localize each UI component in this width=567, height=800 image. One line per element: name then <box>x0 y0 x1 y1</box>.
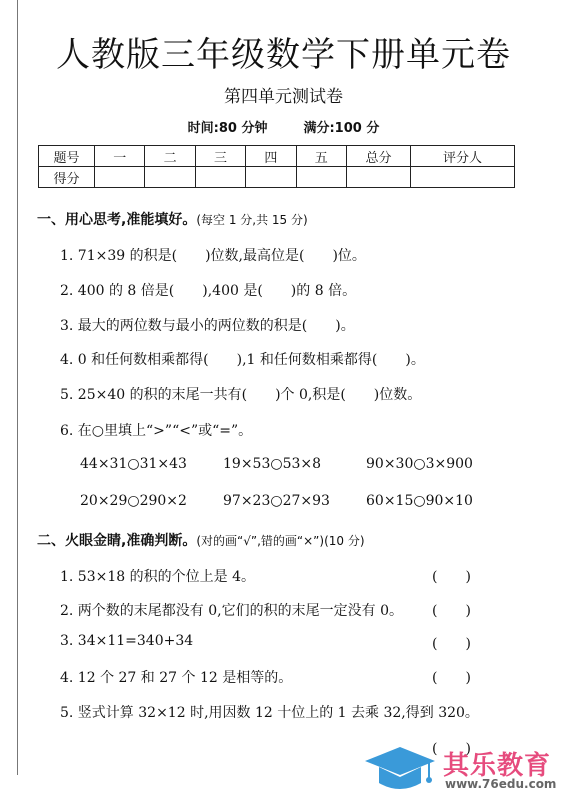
question: 2. 两个数的末尾都没有 0,它们的积的末尾一定没有 0。 <box>60 600 403 620</box>
question: 6. 在○里填上“>”“<”或“=”。 <box>60 420 252 440</box>
score-input[interactable] <box>246 167 296 188</box>
question: 3. 最大的两位数与最小的两位数的积是( )。 <box>60 315 355 335</box>
exam-full-score: 满分:100 分 <box>303 121 379 136</box>
cell: 二 <box>145 146 195 167</box>
question: 4. 0 和任何数相乘都得( ),1 和任何数相乘都得( )。 <box>60 349 425 369</box>
cell: 得分 <box>39 167 95 188</box>
score-table-header: 题号 一 二 三 四 五 总分 评分人 <box>39 146 515 167</box>
answer-blank[interactable]: ( ) <box>432 566 471 586</box>
compare-row: 44×31○31×4319×53○53×890×30○3×900 <box>80 456 509 472</box>
compare-row: 20×29○290×297×23○27×9360×15○90×10 <box>80 493 509 509</box>
page-subtitle: 第四单元测试卷 <box>0 82 567 107</box>
score-input[interactable] <box>347 167 411 188</box>
watermark-url: www.76edu.com <box>445 777 556 791</box>
cell: 四 <box>246 146 296 167</box>
cell: 评分人 <box>411 146 515 167</box>
cell: 总分 <box>347 146 411 167</box>
question: 5. 竖式计算 32×12 时,用因数 12 十位上的 1 去乘 32,得到 3… <box>60 702 479 722</box>
score-input[interactable] <box>95 167 145 188</box>
score-input[interactable] <box>296 167 346 188</box>
question: 1. 71×39 的积是( )位数,最高位是( )位。 <box>60 245 366 265</box>
answer-blank[interactable]: ( ) <box>432 667 471 687</box>
answer-blank[interactable]: ( ) <box>432 600 471 620</box>
question: 5. 25×40 的积的末尾一共有( )个 0,积是( )位数。 <box>60 384 421 404</box>
score-table-row: 得分 <box>39 167 515 188</box>
cell: 五 <box>296 146 346 167</box>
cell: 一 <box>95 146 145 167</box>
question: 1. 53×18 的积的个位上是 4。 <box>60 566 255 586</box>
page-title: 人教版三年级数学下册单元卷 <box>0 27 567 76</box>
score-input[interactable] <box>195 167 245 188</box>
exam-time: 时间:80 分钟 <box>188 121 268 136</box>
cell: 三 <box>195 146 245 167</box>
score-table: 题号 一 二 三 四 五 总分 评分人 得分 <box>38 145 515 188</box>
question: 4. 12 个 27 和 27 个 12 是相等的。 <box>60 667 292 687</box>
section-1-title: 一、用心思考,准能填好。(每空 1 分,共 15 分) <box>37 209 308 229</box>
watermark: 其乐教育 www.76edu.com <box>365 745 565 795</box>
answer-blank[interactable]: ( ) <box>432 633 471 653</box>
exam-meta: 时间:80 分钟满分:100 分 <box>0 117 567 136</box>
question: 3. 34×11=340+34 <box>60 633 193 649</box>
question: 2. 400 的 8 倍是( ),400 是( )的 8 倍。 <box>60 280 356 300</box>
section-2-title: 二、火眼金睛,准确判断。(对的画“√”,错的画“×”)(10 分) <box>37 530 365 550</box>
cell: 题号 <box>39 146 95 167</box>
score-input[interactable] <box>145 167 195 188</box>
graduation-cap-icon <box>365 747 435 792</box>
score-input[interactable] <box>411 167 515 188</box>
